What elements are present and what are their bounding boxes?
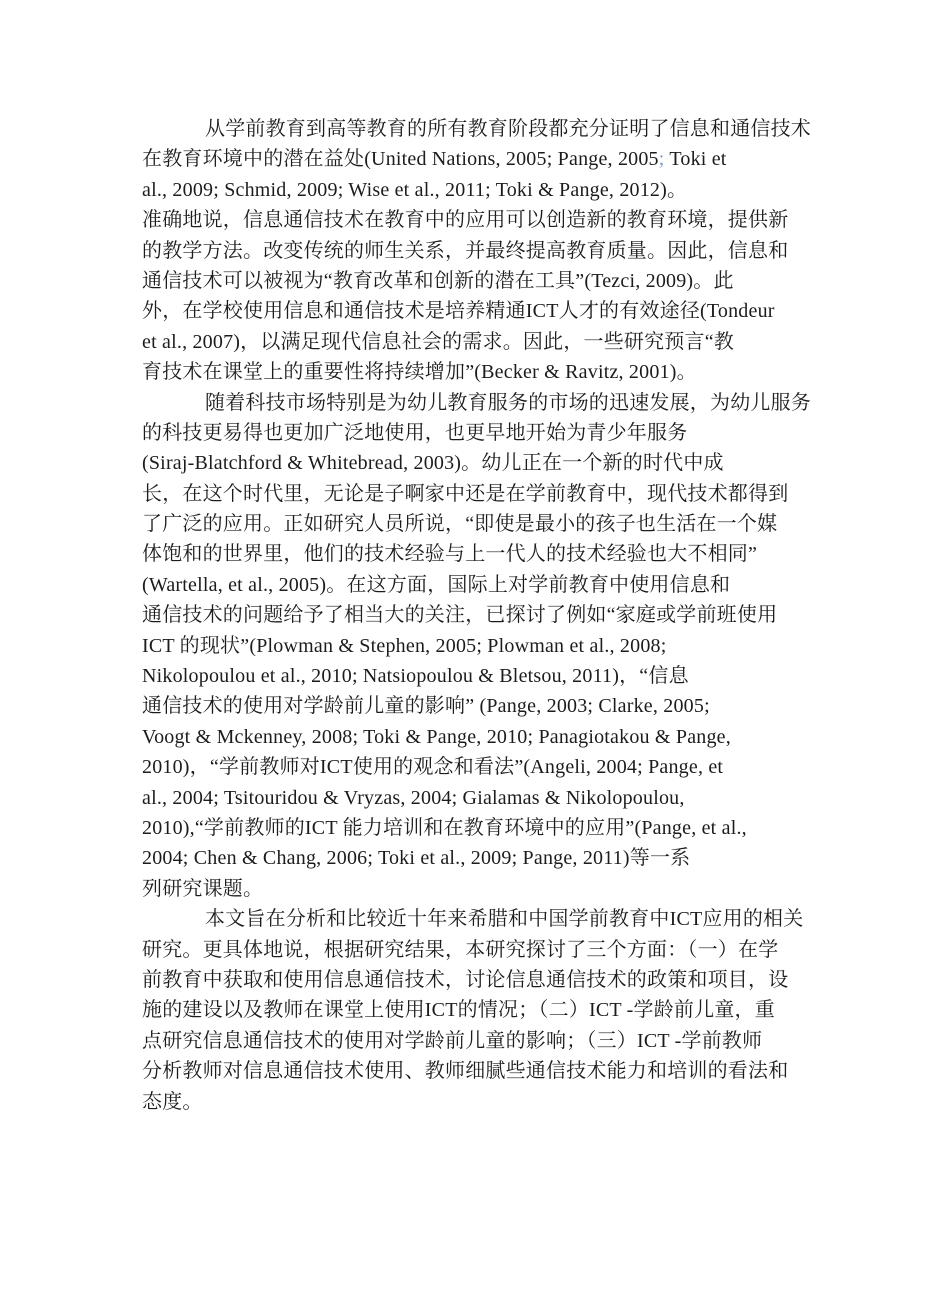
text-line: 准确地说，信息通信技术在教育中的应用可以创造新的教育环境，提供新 — [142, 205, 794, 235]
text-line: 长，在这个时代里，无论是子啊家中还是在学前教育中，现代技术都得到 — [142, 479, 794, 509]
text-line: 列研究课题。 — [142, 874, 794, 904]
text-line: 的科技更易得也更加广泛地使用，也更早地开始为青少年服务 — [142, 418, 794, 448]
text-line: 态度。 — [142, 1087, 794, 1117]
text-line: 2010)，“学前教师对ICT使用的观念和看法”(Angeli, 2004; P… — [142, 752, 794, 782]
text-line: 通信技术可以被视为“教育改革和创新的潜在工具”(Tezci, 2009)。此 — [142, 266, 794, 296]
text-line: Nikolopoulou et al., 2010; Natsiopoulou … — [142, 661, 794, 691]
text-line: 点研究信息通信技术的使用对学龄前儿童的影响；（三）ICT -学前教师 — [142, 1026, 794, 1056]
text-line: 分析教师对信息通信技术使用、教师细腻些通信技术能力和培训的看法和 — [142, 1056, 794, 1086]
text-line: 在教育环境中的潜在益处(United Nations, 2005; Pange,… — [142, 144, 794, 174]
text-line: 研究。更具体地说，根据研究结果，本研究探讨了三个方面：（一）在学 — [142, 935, 794, 965]
document-page: 从学前教育到高等教育的所有教育阶段都充分证明了信息和通信技术 在教育环境中的潜在… — [0, 0, 926, 1309]
line-segment: 在教育环境中的潜在益处(United Nations, 2005; Pange,… — [142, 148, 659, 170]
text-line: (Wartella, et al., 2005)。在这方面，国际上对学前教育中使… — [142, 570, 794, 600]
text-line: 从学前教育到高等教育的所有教育阶段都充分证明了信息和通信技术 — [142, 114, 794, 144]
text-line: 通信技术的使用对学龄前儿童的影响” (Pange, 2003; Clarke, … — [142, 691, 794, 721]
text-line: 2004; Chen & Chang, 2006; Toki et al., 2… — [142, 843, 794, 873]
text-line: 施的建设以及教师在课堂上使用ICT的情况；（二）ICT -学龄前儿童，重 — [142, 995, 794, 1025]
text-line: 前教育中获取和使用信息通信技术，讨论信息通信技术的政策和项目，设 — [142, 965, 794, 995]
text-line: (Siraj-Blatchford & Whitebread, 2003)。幼儿… — [142, 448, 794, 478]
document-text-block: 从学前教育到高等教育的所有教育阶段都充分证明了信息和通信技术 在教育环境中的潜在… — [142, 114, 794, 1117]
text-line: 外，在学校使用信息和通信技术是培养精通ICT人才的有效途径(Tondeur — [142, 296, 794, 326]
text-line: et al., 2007)，以满足现代信息社会的需求。因此，一些研究预言“教 — [142, 327, 794, 357]
text-line: 本文旨在分析和比较近十年来希腊和中国学前教育中ICT应用的相关 — [142, 904, 794, 934]
text-line: 通信技术的问题给予了相当大的关注，已探讨了例如“家庭或学前班使用 — [142, 600, 794, 630]
line-segment: Toki et — [665, 148, 727, 170]
text-line: 2010),“学前教师的ICT 能力培训和在教育环境中的应用”(Pange, e… — [142, 813, 794, 843]
text-line: 随着科技市场特别是为幼儿教育服务的市场的迅速发展，为幼儿服务 — [142, 388, 794, 418]
text-line: 的教学方法。改变传统的师生关系，并最终提高教育质量。因此，信息和 — [142, 236, 794, 266]
paragraph-2: 随着科技市场特别是为幼儿教育服务的市场的迅速发展，为幼儿服务 的科技更易得也更加… — [142, 388, 794, 905]
text-line: 体饱和的世界里，他们的技术经验与上一代人的技术经验也大不相同” — [142, 539, 794, 569]
text-line: Voogt & Mckenney, 2008; Toki & Pange, 20… — [142, 722, 794, 752]
text-line: 育技术在课堂上的重要性将持续增加”(Becker & Ravitz, 2001)… — [142, 357, 794, 387]
text-line: al., 2004; Tsitouridou & Vryzas, 2004; G… — [142, 783, 794, 813]
text-line: 了广泛的应用。正如研究人员所说，“即使是最小的孩子也生活在一个媒 — [142, 509, 794, 539]
text-line: ICT 的现状”(Plowman & Stephen, 2005; Plowma… — [142, 631, 794, 661]
text-line: al., 2009; Schmid, 2009; Wise et al., 20… — [142, 175, 794, 205]
paragraph-3: 本文旨在分析和比较近十年来希腊和中国学前教育中ICT应用的相关 研究。更具体地说… — [142, 904, 794, 1117]
paragraph-1: 从学前教育到高等教育的所有教育阶段都充分证明了信息和通信技术 在教育环境中的潜在… — [142, 114, 794, 388]
